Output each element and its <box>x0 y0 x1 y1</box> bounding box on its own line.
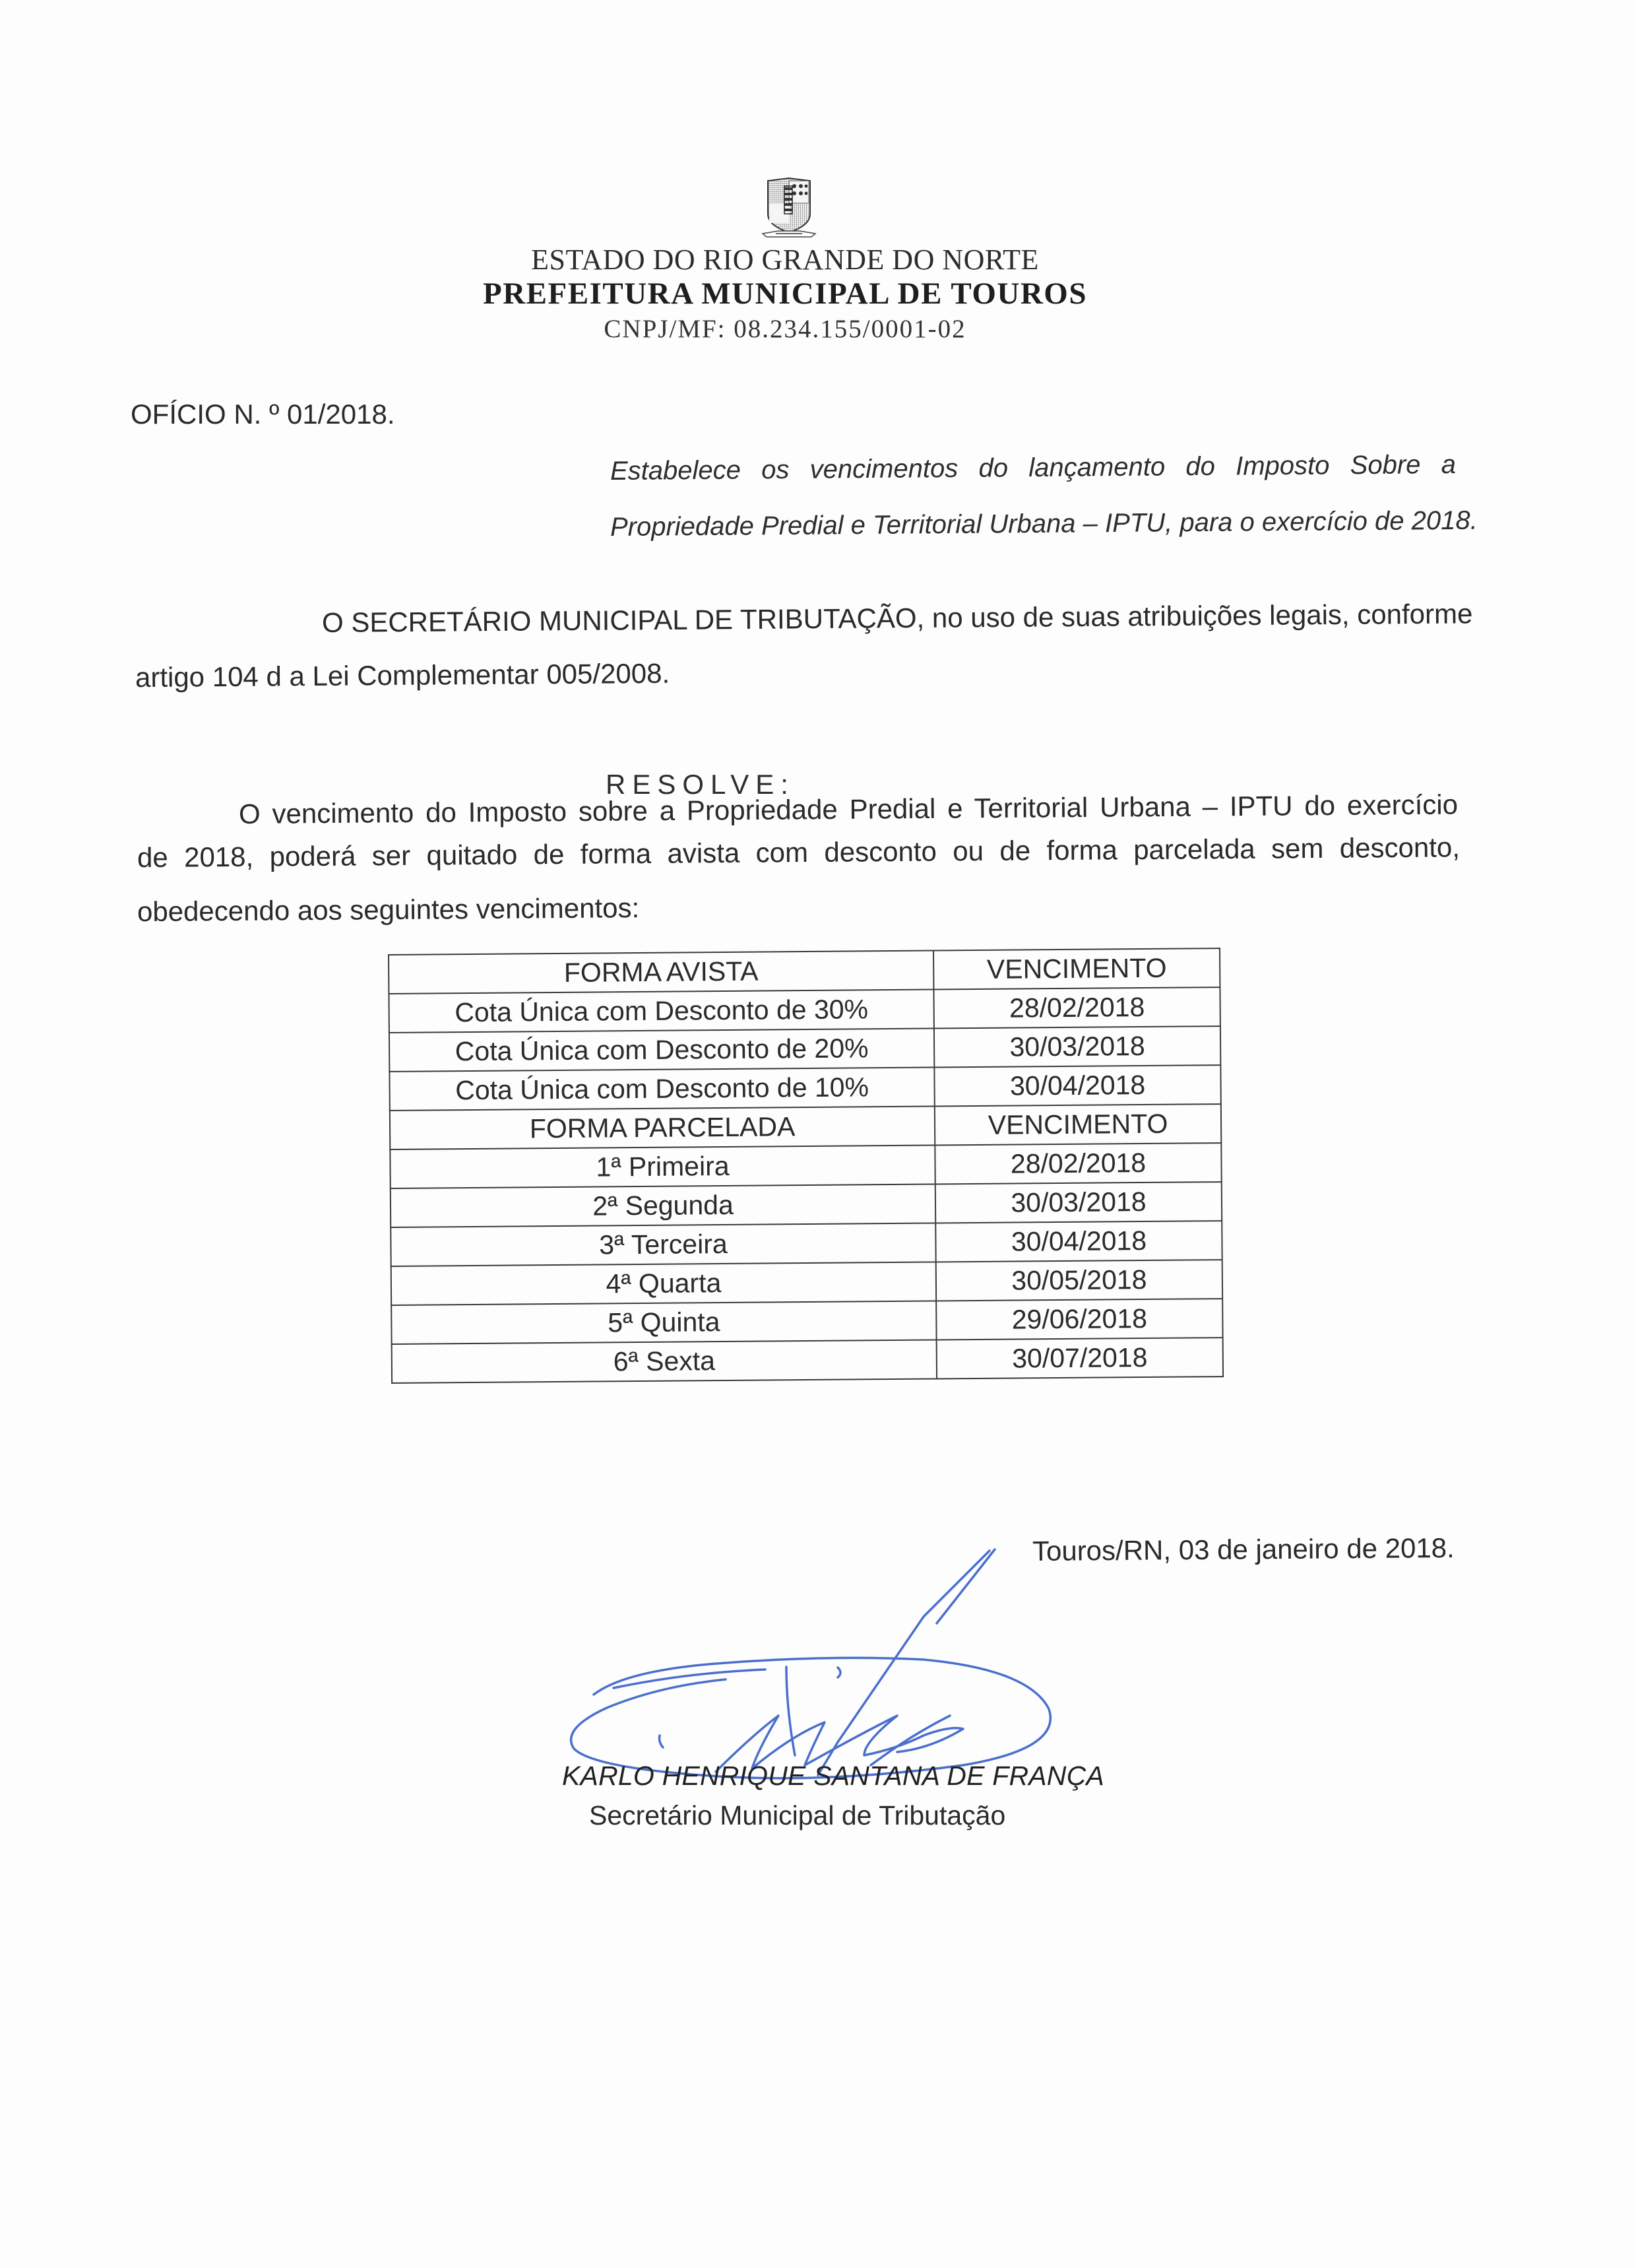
table-row: Cota Única com Desconto de 10%30/04/2018 <box>389 1065 1220 1111</box>
table-row: 5ª Quinta29/06/2018 <box>391 1299 1222 1344</box>
resolve-line-1: O vencimento do Imposto sobre a Propried… <box>239 789 1458 830</box>
column-header-due-date: VENCIMENTO <box>935 1104 1221 1145</box>
signer-title: Secretário Municipal de Tributação <box>589 1800 1005 1831</box>
ementa-line-2: Propriedade Predial e Territorial Urbana… <box>610 506 1456 542</box>
installment-label: Cota Única com Desconto de 30% <box>389 990 933 1033</box>
table-section-header: FORMA PARCELADAVENCIMENTO <box>390 1104 1221 1150</box>
prefecture-name: PREFEITURA MUNICIPAL DE TOUROS <box>0 276 1570 311</box>
installment-label: 3ª Terceira <box>391 1223 935 1266</box>
due-date: 29/06/2018 <box>936 1299 1222 1340</box>
signer-name: KARLO HENRIQUE SANTANA DE FRANÇA <box>562 1761 1104 1792</box>
installment-label: 2ª Segunda <box>391 1184 935 1227</box>
document-number: OFÍCIO N. º 01/2018. <box>131 399 395 430</box>
due-date: 30/05/2018 <box>936 1260 1222 1301</box>
ementa-line-1: Estabelece os vencimentos do lançamento … <box>610 450 1456 486</box>
table-row: 4ª Quarta30/05/2018 <box>391 1260 1222 1305</box>
column-header-due-date: VENCIMENTO <box>933 948 1220 989</box>
resolve-line-3: obedecendo aos seguintes vencimentos: <box>137 892 640 928</box>
table-row: 6ª Sexta30/07/2018 <box>392 1338 1223 1383</box>
due-dates-table: FORMA AVISTAVENCIMENTOCota Única com Des… <box>388 948 1224 1384</box>
column-header-payment-form: FORMA AVISTA <box>389 951 933 994</box>
resolve-line-2: de 2018, poderá ser quitado de forma avi… <box>137 831 1460 874</box>
installment-label: Cota Única com Desconto de 10% <box>389 1067 934 1110</box>
due-date: 28/02/2018 <box>935 1143 1221 1184</box>
due-date: 30/04/2018 <box>934 1065 1220 1106</box>
installment-label: 1ª Primeira <box>390 1145 935 1188</box>
due-date: 30/03/2018 <box>934 1026 1220 1067</box>
table-row: Cota Única com Desconto de 30%28/02/2018 <box>389 987 1220 1033</box>
table-row: 3ª Terceira30/04/2018 <box>391 1221 1222 1266</box>
installment-label: 4ª Quarta <box>391 1262 936 1305</box>
preamble-line-2: artigo 104 d a Lei Complementar 005/2008… <box>135 658 670 694</box>
column-header-payment-form: FORMA PARCELADA <box>390 1106 935 1149</box>
table-row: 1ª Primeira28/02/2018 <box>390 1143 1221 1188</box>
coat-of-arms-icon <box>759 173 819 239</box>
installment-label: 5ª Quinta <box>391 1301 936 1344</box>
due-date: 28/02/2018 <box>933 987 1220 1028</box>
due-date: 30/04/2018 <box>935 1221 1222 1262</box>
preamble-line-1: O SECRETÁRIO MUNICIPAL DE TRIBUTAÇÃO, no… <box>322 599 1453 639</box>
state-name: ESTADO DO RIO GRANDE DO NORTE <box>0 243 1570 276</box>
installment-label: Cota Única com Desconto de 20% <box>389 1029 934 1072</box>
table-row: 2ª Segunda30/03/2018 <box>391 1182 1222 1227</box>
due-date: 30/07/2018 <box>937 1338 1223 1378</box>
handwritten-signature-icon <box>554 1538 1181 1788</box>
table-row: Cota Única com Desconto de 20%30/03/2018 <box>389 1026 1220 1072</box>
due-date: 30/03/2018 <box>935 1182 1222 1223</box>
cnpj-number: CNPJ/MF: 08.234.155/0001-02 <box>0 314 1570 344</box>
table-section-header: FORMA AVISTAVENCIMENTO <box>389 948 1220 994</box>
installment-label: 6ª Sexta <box>392 1340 937 1382</box>
due-dates-grid: FORMA AVISTAVENCIMENTOCota Única com Des… <box>388 948 1224 1384</box>
